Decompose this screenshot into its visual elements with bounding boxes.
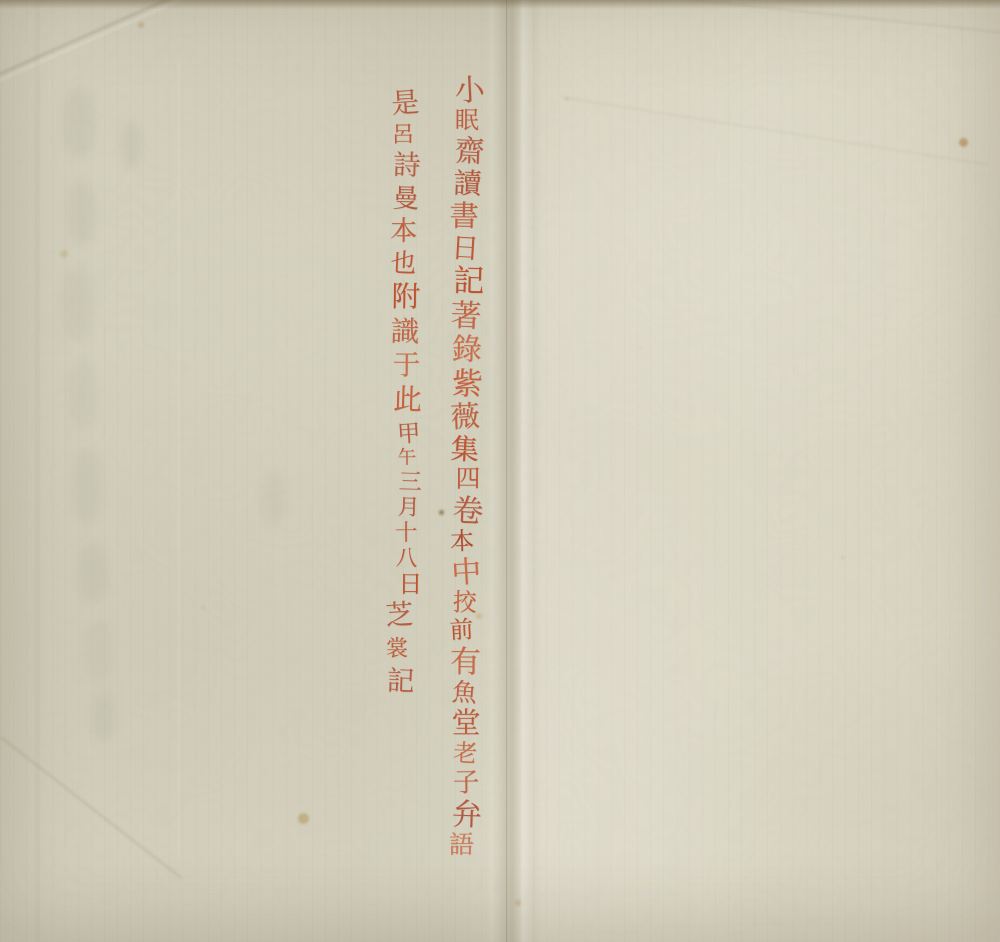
crease-left-vertical-2: [178, 60, 180, 860]
inscription-column-right: 小眠齋讀書日記著錄紫薇集四卷本中挍前有魚堂老子弁語: [438, 74, 488, 860]
page-top-edge-shadow: [0, 0, 1000, 9]
ink-character: 魚: [443, 678, 481, 709]
ink-character: 芝: [376, 599, 418, 637]
ink-character: 附: [384, 281, 425, 316]
bleedthrough-mark: [84, 618, 114, 684]
ink-character: 紫: [441, 366, 487, 402]
foxing-spot: [841, 556, 845, 560]
ink-character: 呂: [385, 122, 417, 151]
ink-character: 三: [390, 469, 425, 496]
ink-character: 讀: [444, 167, 486, 200]
center-fold-shadow: [486, 0, 542, 942]
crease-left-vertical: [36, 0, 38, 942]
right-page-highlight: [520, 0, 1000, 942]
ink-character: 書: [441, 200, 483, 233]
bleedthrough-mark: [90, 690, 116, 742]
ink-character: 挍: [446, 589, 482, 618]
ink-character: 本: [381, 216, 420, 249]
ink-character: 此: [384, 383, 426, 419]
ink-character: 記: [377, 665, 418, 702]
ink-character: 有: [440, 645, 484, 680]
inscription-signature: 芝裳記: [376, 600, 416, 702]
ink-character: 詩: [383, 149, 424, 184]
ink-character: 是: [381, 87, 423, 123]
foxing-spot: [138, 22, 144, 28]
ink-character: 也: [382, 248, 420, 281]
ink-character: 本: [442, 527, 478, 556]
ink-character: 卷: [442, 493, 488, 529]
ink-character: 錄: [442, 333, 486, 367]
ink-character: 四: [448, 465, 484, 493]
bleedthrough-mark: [120, 120, 142, 168]
ink-character: 甲: [388, 420, 424, 449]
inscription-date: 甲午三月十八日: [388, 421, 425, 598]
bleedthrough-mark: [68, 360, 98, 430]
ink-character: 眠: [447, 107, 482, 135]
ink-character: 著: [440, 298, 485, 334]
ink-character: 月: [391, 495, 423, 521]
bleedthrough-mark: [72, 448, 104, 526]
manuscript-photo: 小眠齋讀書日記著錄紫薇集四卷本中挍前有魚堂老子弁語 是呂詩曼本也附識于此 甲午三…: [0, 0, 1000, 942]
ink-character: 中: [441, 555, 486, 591]
crease-mid-right: [562, 96, 987, 165]
ink-character: 語: [441, 831, 477, 860]
ink-character: 裳: [379, 636, 411, 666]
foxing-spot: [565, 97, 569, 101]
ink-character: 曼: [383, 183, 422, 216]
ink-character: 集: [441, 432, 484, 466]
ink-character: 于: [383, 350, 423, 384]
ink-character: 午: [391, 447, 418, 469]
ink-character: 子: [444, 767, 482, 797]
ink-character: 前: [442, 617, 477, 646]
bleedthrough-mark: [78, 540, 108, 604]
bleedthrough-mark: [262, 470, 286, 526]
crease-top-left: [0, 0, 210, 84]
ink-character: 小: [444, 73, 489, 109]
ink-character: 老: [445, 739, 481, 768]
ink-character: 十: [387, 520, 420, 546]
ink-character: 齋: [445, 134, 488, 169]
bleedthrough-mark: [62, 88, 96, 158]
bleedthrough-mark: [66, 180, 96, 244]
ink-character: 薇: [441, 400, 485, 435]
foxing-spot: [60, 250, 68, 258]
crease-bottom-left: [0, 736, 183, 880]
bleedthrough-mark: [60, 268, 94, 342]
foxing-spot: [959, 138, 968, 147]
ink-character: 日: [441, 232, 483, 266]
ink-character: 堂: [443, 707, 485, 740]
foxing-spot: [639, 347, 642, 350]
ink-character: 識: [382, 315, 424, 350]
inscription-column-left: 是呂詩曼本也附識于此: [382, 88, 426, 419]
foxing-spot: [201, 606, 205, 610]
ink-character: 日: [391, 571, 426, 598]
ink-character: 八: [389, 545, 421, 571]
ink-character: 弁: [440, 797, 485, 832]
foxing-spot: [298, 813, 309, 824]
crease-top-left-highlight: [0, 0, 212, 89]
center-fold-line: [506, 0, 507, 942]
ink-character: 記: [443, 264, 489, 300]
